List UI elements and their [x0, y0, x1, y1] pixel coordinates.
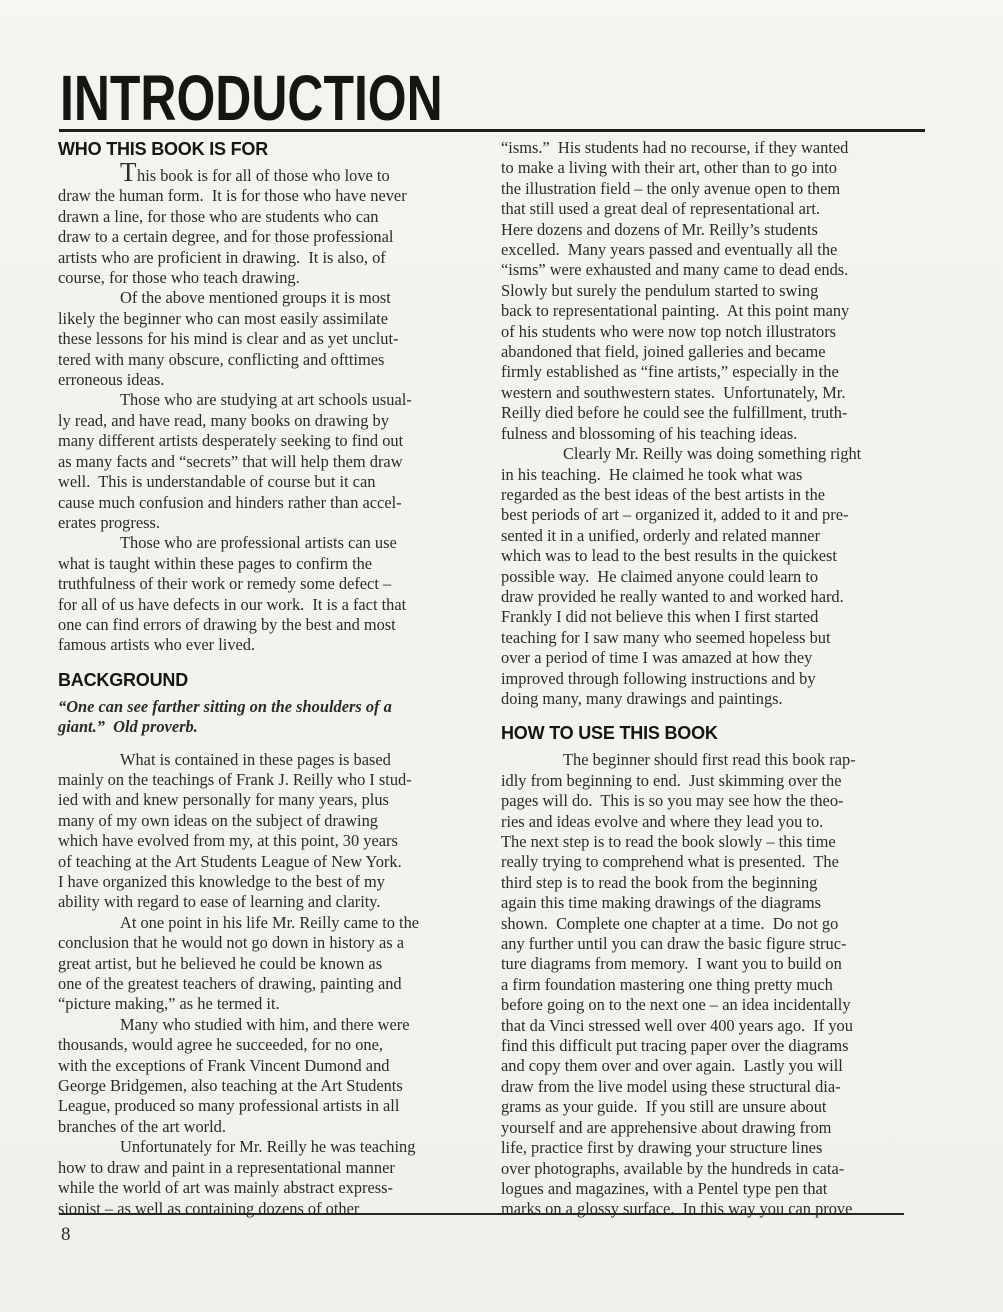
- paragraph: This book is for all of those who love t…: [58, 166, 472, 288]
- paragraph: Many who studied with him, and there wer…: [58, 1015, 472, 1137]
- paragraph: What is contained in these pages is base…: [58, 750, 472, 913]
- section-heading-how-to-use-this-book: HOW TO USE THIS BOOK: [501, 722, 919, 745]
- paragraph: Unfortunately for Mr. Reilly he was teac…: [58, 1137, 472, 1219]
- paragraph: Clearly Mr. Reilly was doing something r…: [501, 444, 919, 709]
- paragraph: The beginner should first read this book…: [501, 750, 919, 1219]
- paragraph: Of the above mentioned groups it is most…: [58, 288, 472, 390]
- epigraph-quote: “One can see farther sitting on the shou…: [58, 697, 472, 738]
- footer-rule: [59, 1213, 904, 1215]
- drop-cap: T: [120, 157, 137, 187]
- page-title: INTRODUCTION: [60, 66, 443, 130]
- left-column: WHO THIS BOOK IS FORThis book is for all…: [58, 138, 472, 1219]
- paragraph: Those who are studying at art schools us…: [58, 390, 472, 533]
- book-page: INTRODUCTION WHO THIS BOOK IS FORThis bo…: [0, 0, 1003, 1312]
- title-rule: [59, 129, 925, 132]
- paragraph: At one point in his life Mr. Reilly came…: [58, 913, 472, 1015]
- page-number: 8: [61, 1224, 71, 1246]
- paragraph: Those who are professional artists can u…: [58, 533, 472, 655]
- section-heading-background: BACKGROUND: [58, 669, 472, 692]
- paragraph: “isms.” His students had no recourse, if…: [501, 138, 919, 444]
- right-column: “isms.” His students had no recourse, if…: [501, 138, 919, 1220]
